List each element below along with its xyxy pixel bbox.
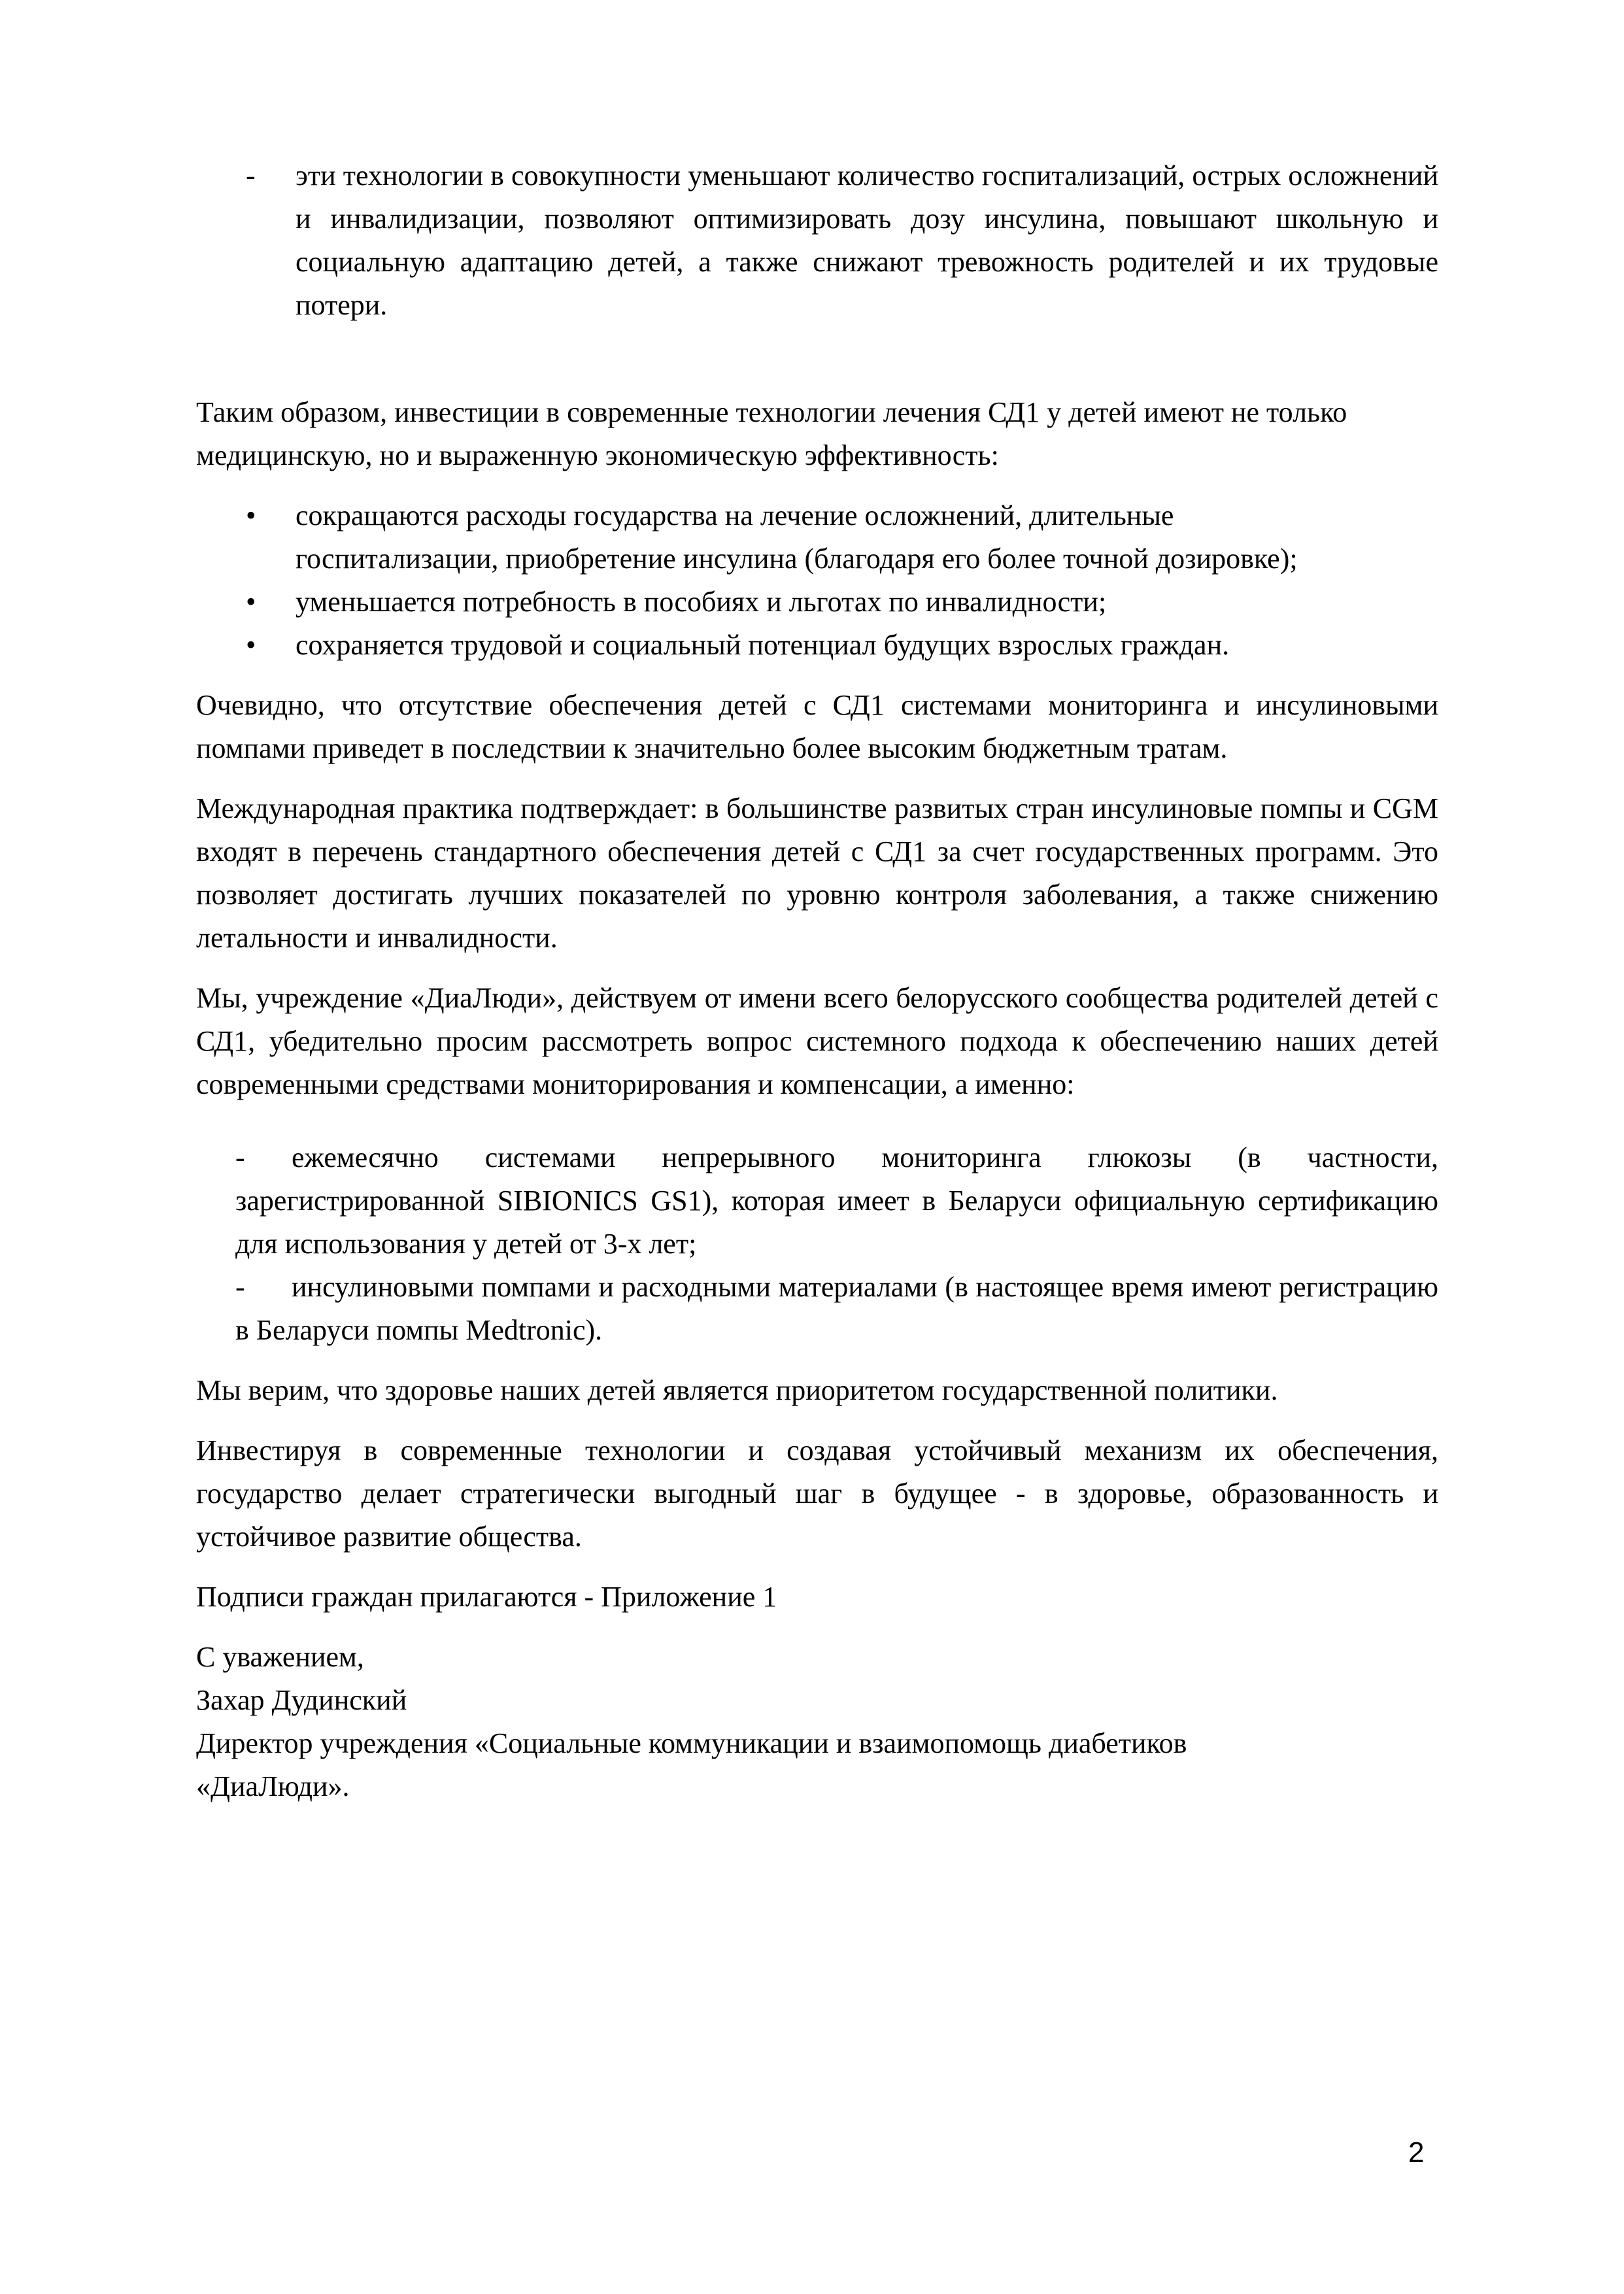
request-item-text: инсулиновыми помпами и расходными матери… [235, 1271, 1438, 1346]
document-page: - эти технологии в совокупности уменьшаю… [196, 154, 1438, 1808]
benefits-list: • сокращаются расходы государства на леч… [196, 494, 1438, 667]
request-list: -ежемесячно системами непрерывного монит… [196, 1136, 1438, 1352]
bullet-marker: • [246, 581, 296, 624]
bullet-marker: • [246, 624, 296, 667]
paragraph-international: Международная практика подтверждает: в б… [196, 787, 1438, 960]
closing-regards: С уважением, [196, 1636, 1438, 1679]
signer-title-line1: Директор учреждения «Социальные коммуник… [196, 1722, 1438, 1765]
paragraph-investing: Инвестируя в современные технологии и со… [196, 1429, 1438, 1559]
signer-name: Захар Дудинский [196, 1679, 1438, 1722]
request-item: -ежемесячно системами непрерывного монит… [196, 1136, 1438, 1266]
bullet-text: сохраняется трудовой и социальный потенц… [296, 624, 1438, 667]
closing-block: С уважением, Захар Дудинский Директор уч… [196, 1636, 1438, 1808]
paragraph-obvious: Очевидно, что отсутствие обеспечения дет… [196, 684, 1438, 770]
paragraph-request: Мы, учреждение «ДиаЛюди», действуем от и… [196, 977, 1438, 1106]
paragraph-signatures: Подписи граждан прилагаются - Приложение… [196, 1576, 1438, 1619]
bullet-marker: • [246, 494, 296, 581]
bullet-item: • сохраняется трудовой и социальный поте… [196, 624, 1438, 667]
dash-item-text: эти технологии в совокупности уменьшают … [296, 154, 1438, 327]
paragraph-believe: Мы верим, что здоровье наших детей являе… [196, 1369, 1438, 1412]
bullet-text: сокращаются расходы государства на лечен… [296, 494, 1438, 581]
dash-marker: - [235, 1266, 292, 1309]
signer-title-line2: «ДиаЛюди». [196, 1765, 1438, 1808]
bullet-item: • сокращаются расходы государства на леч… [196, 494, 1438, 581]
intro-dash-item: - эти технологии в совокупности уменьшаю… [196, 154, 1438, 327]
dash-marker: - [246, 154, 296, 327]
bullet-item: • уменьшается потребность в пособиях и л… [196, 581, 1438, 624]
bullet-text: уменьшается потребность в пособиях и льг… [296, 581, 1438, 624]
page-number: 2 [1408, 2136, 1424, 2169]
dash-marker: - [235, 1136, 292, 1179]
request-item: -инсулиновыми помпами и расходными матер… [196, 1266, 1438, 1352]
request-item-text: ежемесячно системами непрерывного монито… [235, 1141, 1438, 1260]
paragraph-economic: Таким образом, инвестиции в современные … [196, 391, 1438, 477]
